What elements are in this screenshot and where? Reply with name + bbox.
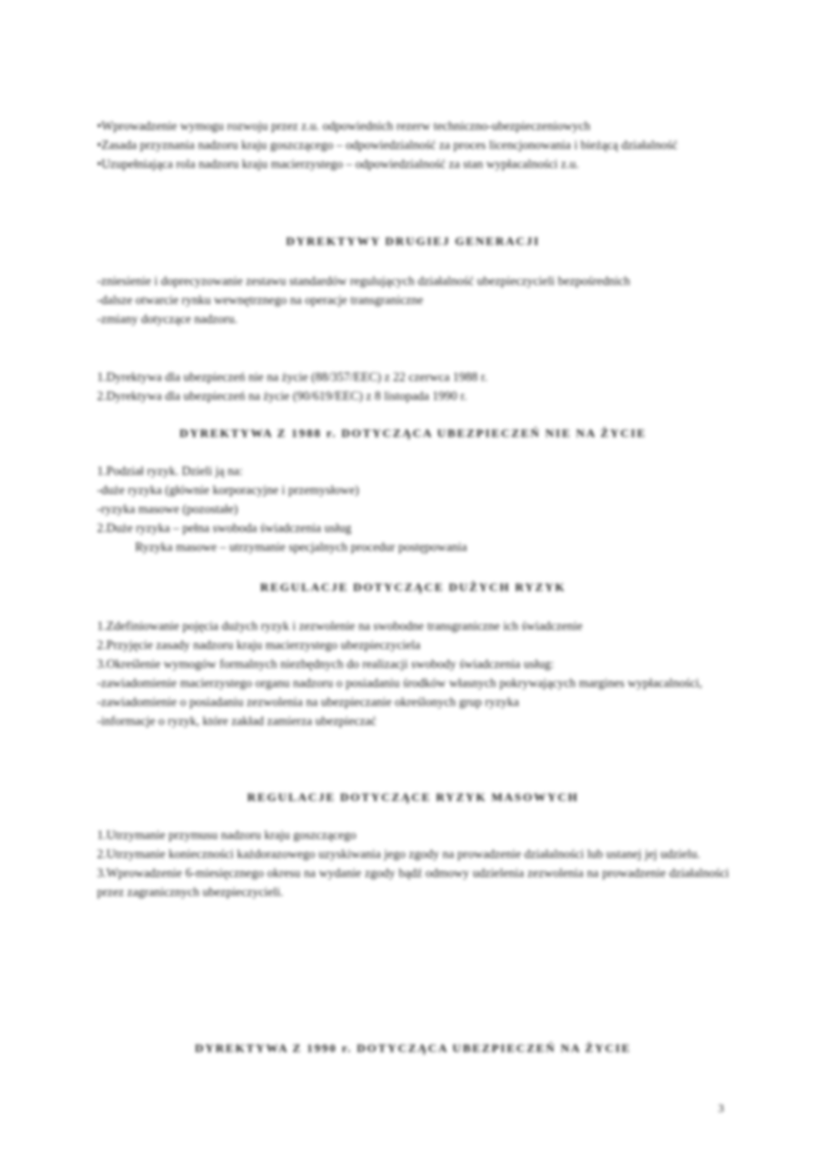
section-heading: REGULACJE DOTYCZĄCE RYZYK MASOWYCH <box>97 790 729 805</box>
list-line: -duże ryzyka (głównie korporacyjne i prz… <box>97 481 729 500</box>
list-line: 2.Przyjęcie zasady nadzoru kraju macierz… <box>97 636 729 655</box>
list-line: 3.Określenie wymogów formalnych niezbędn… <box>97 655 729 674</box>
list-line: 1.Zdefiniowanie pojęcia dużych ryzyk i z… <box>97 617 729 636</box>
bullet-line: •Zasada przyznania nadzoru kraju goszczą… <box>97 136 729 155</box>
list-line: 1.Dyrektywa dla ubezpieczeń nie na życie… <box>97 368 729 387</box>
list-line: -zawiadomienie macierzystego organu nadz… <box>97 674 729 693</box>
section-heading: DYREKTYWY DRUGIEJ GENERACJI <box>97 234 729 249</box>
paragraph-directives-list: 1.Dyrektywa dla ubezpieczeń nie na życie… <box>97 368 729 406</box>
list-line: Ryzyka masowe – utrzymanie specjalnych p… <box>97 538 729 557</box>
list-line: -ryzyka masowe (pozostałe) <box>97 500 729 519</box>
list-line: 3.Wprowadzenie 6-miesięcznego okresu na … <box>97 864 729 902</box>
list-line: 2.Dyrektywa dla ubezpieczeń na życie (90… <box>97 387 729 406</box>
list-line: 2.Utrzymanie konieczności każdorazowego … <box>97 845 729 864</box>
list-line: -zmiany dotyczące nadzoru. <box>97 310 729 329</box>
section-heading: DYREKTYWA Z 1990 r. DOTYCZĄCA UBEZPIECZE… <box>97 1041 729 1056</box>
list-line: 1.Podział ryzyk. Dzieli ją na: <box>97 462 729 481</box>
bullet-line: •Wprowadzenie wymogu rozwoju przez z.u. … <box>97 117 729 136</box>
paragraph-second-generation: -zniesienie i doprecyzowanie zestawu sta… <box>97 272 729 329</box>
list-line: -zawiadomienie o posiadaniu zezwolenia n… <box>97 693 729 712</box>
paragraph-obligations: •Wprowadzenie wymogu rozwoju przez z.u. … <box>97 117 729 174</box>
document-page: •Wprowadzenie wymogu rozwoju przez z.u. … <box>0 0 826 1169</box>
bullet-line: •Uzupełniająca rola nadzoru kraju macier… <box>97 155 729 174</box>
list-line: -informacje o ryzyk, które zakład zamier… <box>97 712 729 731</box>
list-line: 2.Duże ryzyka – pełna swoboda świadczeni… <box>97 519 729 538</box>
list-line: -dalsze otwarcie rynku wewnętrznego na o… <box>97 291 729 310</box>
list-line: 1.Utrzymanie przymusu nadzoru kraju gosz… <box>97 826 729 845</box>
paragraph-risk-division: 1.Podział ryzyk. Dzieli ją na: -duże ryz… <box>97 462 729 557</box>
list-line: -zniesienie i doprecyzowanie zestawu sta… <box>97 272 729 291</box>
page-number: 3 <box>718 1101 724 1116</box>
section-heading: DYREKTYWA Z 1988 r. DOTYCZĄCA UBEZPIECZE… <box>97 426 729 441</box>
paragraph-mass-risks: 1.Utrzymanie przymusu nadzoru kraju gosz… <box>97 826 729 902</box>
section-heading: REGULACJE DOTYCZĄCE DUŻYCH RYZYK <box>97 580 729 595</box>
paragraph-large-risks: 1.Zdefiniowanie pojęcia dużych ryzyk i z… <box>97 617 729 731</box>
